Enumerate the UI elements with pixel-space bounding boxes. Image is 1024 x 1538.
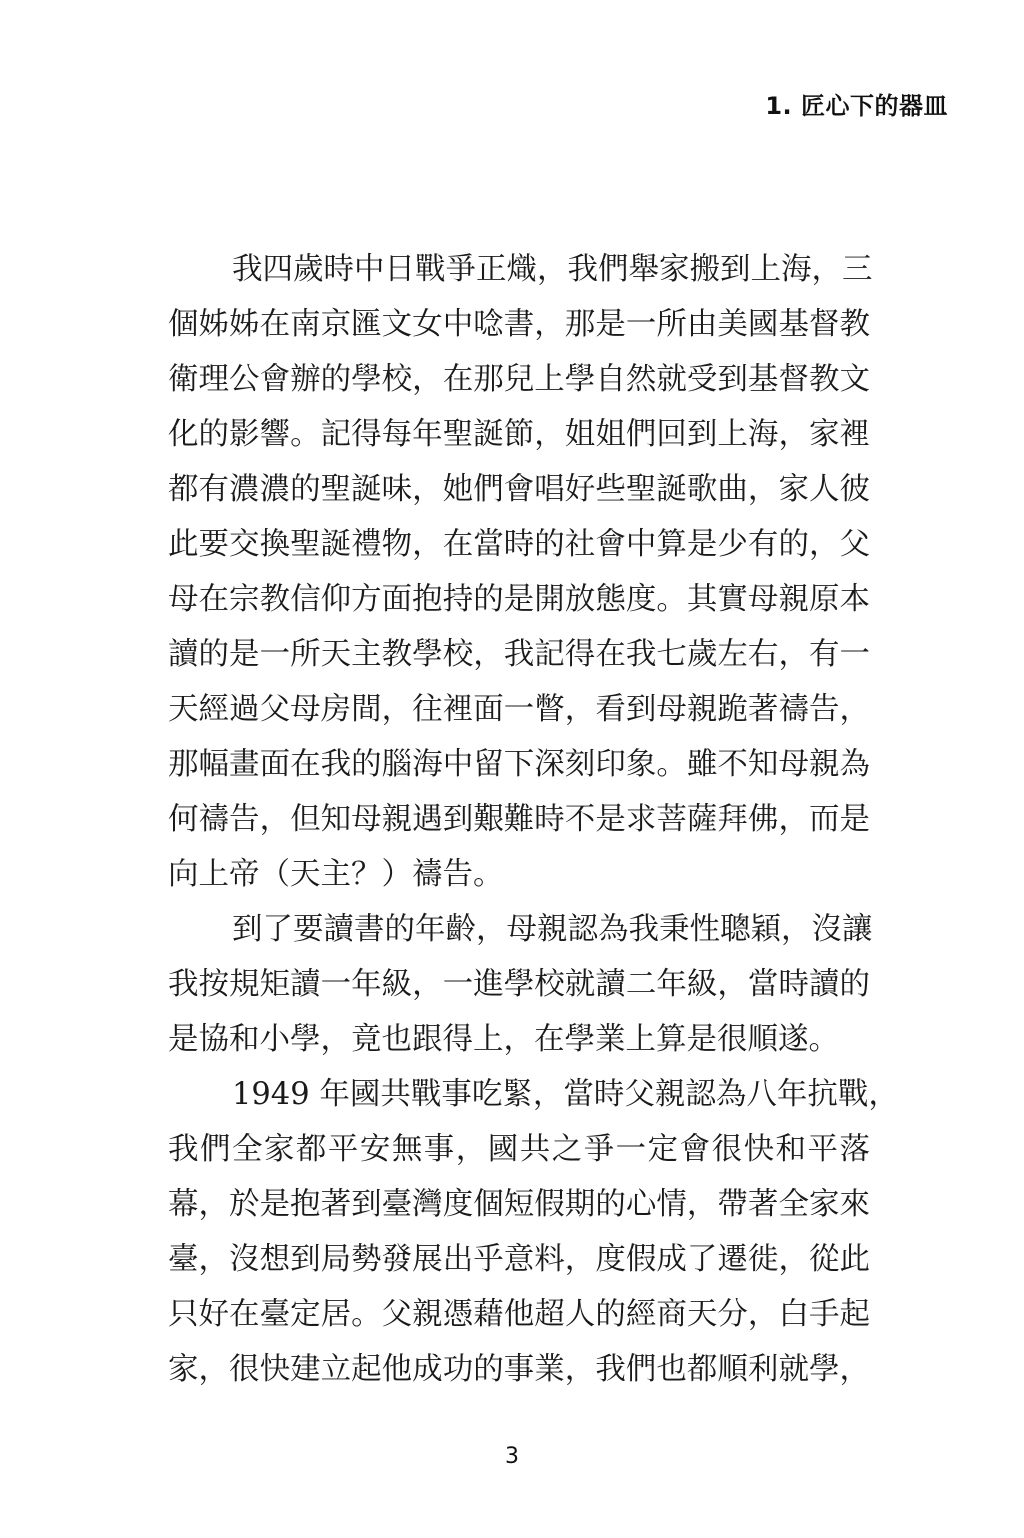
text-line: 此要交換聖誕禮物，在當時的社會中算是少有的，父	[168, 517, 870, 572]
text-line: 我們全家都平安無事，國共之爭一定會很快和平落	[168, 1122, 870, 1177]
text-line: 都有濃濃的聖誕味，她們會唱好些聖誕歌曲，家人彼	[168, 462, 870, 517]
text-line: 母在宗教信仰方面抱持的是開放態度。其實母親原本	[168, 572, 870, 627]
text-line: 是協和小學，竟也跟得上，在學業上算是很順遂。	[168, 1012, 870, 1067]
text-line: 天經過父母房間，往裡面一瞥，看到母親跪著禱告，	[168, 682, 870, 737]
text-line: 家，很快建立起他成功的事業，我們也都順利就學，	[168, 1342, 870, 1397]
text-line: 臺，沒想到局勢發展出乎意料，度假成了遷徙，從此	[168, 1232, 870, 1287]
text-line: 衛理公會辦的學校，在那兒上學自然就受到基督教文	[168, 352, 870, 407]
text-line: 到了要讀書的年齡，母親認為我秉性聰穎，沒讓	[168, 902, 870, 957]
text-line: 讀的是一所天主教學校，我記得在我七歲左右，有一	[168, 627, 870, 682]
text-line: 1949 年國共戰事吃緊，當時父親認為八年抗戰，	[168, 1067, 870, 1122]
text-line: 那幅畫面在我的腦海中留下深刻印象。雖不知母親為	[168, 737, 870, 792]
text-line: 何禱告，但知母親遇到艱難時不是求菩薩拜佛，而是	[168, 792, 870, 847]
text-line: 個姊姊在南京匯文女中唸書，那是一所由美國基督教	[168, 297, 870, 352]
text-line: 我四歲時中日戰爭正熾，我們舉家搬到上海，三	[168, 242, 870, 297]
text-line: 向上帝（天主？）禱告。	[168, 847, 870, 902]
text-line: 幕，於是抱著到臺灣度個短假期的心情，帶著全家來	[168, 1177, 870, 1232]
text-line: 我按規矩讀一年級，一進學校就讀二年級，當時讀的	[168, 957, 870, 1012]
text-line: 化的影響。記得每年聖誕節，姐姐們回到上海，家裡	[168, 407, 870, 462]
text-line: 只好在臺定居。父親憑藉他超人的經商天分，白手起	[168, 1287, 870, 1342]
chapter-running-header: 1. 匠心下的器皿	[765, 86, 948, 121]
body-text: 我四歲時中日戰爭正熾，我們舉家搬到上海，三 個姊姊在南京匯文女中唸書，那是一所由…	[168, 242, 870, 1397]
page-number: 3	[0, 1444, 1024, 1469]
